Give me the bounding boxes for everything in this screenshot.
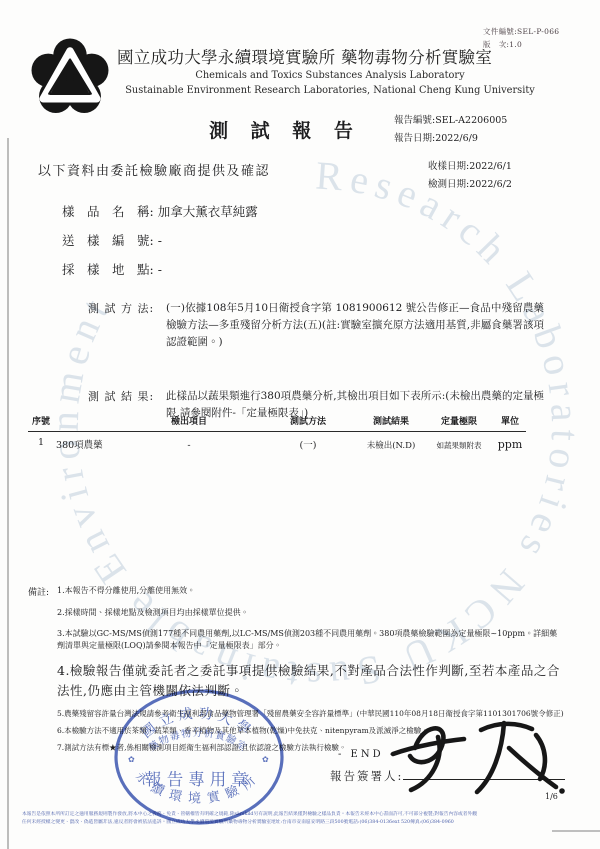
- sample-dates: 收樣日期:2022/6/1 檢測日期:2022/6/2: [428, 158, 512, 193]
- org-title-zh: 國立成功大學永續環境實驗所 藥物毒物分析實驗室: [117, 44, 577, 68]
- doc-number: 文件編號:SEL-P-066: [483, 26, 559, 39]
- th-loq: 定量極限: [424, 414, 494, 427]
- sample-name-value: 加拿大薰衣草純露: [158, 204, 258, 219]
- stamp-flower-right-icon: ✿: [262, 755, 269, 764]
- row-group: 380項農藥: [56, 437, 103, 451]
- report-date: 報告日期:2022/6/9: [394, 130, 507, 148]
- submission-no-row: 送 樣 編 號:-: [62, 231, 258, 249]
- org-subtitle-en-1: Chemicals and Toxics Substances Analysis…: [100, 70, 560, 81]
- table-row: 1 380項農藥 - (一) 未檢出(N.D) 如蔬果類附表 ppm: [28, 432, 526, 451]
- th-detected-item: 檢出項目: [120, 414, 258, 427]
- row-seq: 1: [38, 437, 44, 451]
- results-table: 序號 檢出項目 測試方法 測試結果 定量極限 單位 1 380項農藥 - (一)…: [28, 414, 526, 451]
- note-3: 3.本試驗以GC-MS/MS偵測177種不同農用藥劑,以LC-MS/MS偵測20…: [57, 628, 565, 651]
- row-result: 未檢出(N.D): [358, 439, 424, 451]
- th-method: 測試方法: [258, 414, 358, 427]
- th-seq: 序號: [28, 414, 120, 427]
- note-1: 1.本報告不得分離使用,分離使用無效。: [57, 585, 565, 597]
- test-method-block: 測 試 方 法: (一)依據108年5月10日衛授食字第 1081900612 …: [88, 300, 544, 351]
- sample-info: 樣 品 名 稱:加拿大薰衣草純露 送 樣 編 號:- 採 樣 地 點:-: [62, 202, 258, 289]
- th-result: 測試結果: [358, 414, 424, 427]
- note-2: 2.採樣時間、採樣地點及檢測項目均由採樣單位提供。: [57, 607, 565, 619]
- provided-note: 以下資料由委託檢驗廠商提供及確認: [38, 160, 270, 179]
- submission-no-label: 送 樣 編 號:: [62, 233, 154, 248]
- received-date: 收樣日期:2022/6/1: [428, 158, 512, 176]
- scan-edge-line: [7, 138, 9, 849]
- row-method: (一): [258, 437, 358, 451]
- stamp-flower-left-icon: ✿: [128, 755, 135, 764]
- report-stamp: 國立成功大學 藥物毒物分析實驗室 報告專用章 永續環境實驗所 ✿ ✿: [112, 686, 286, 828]
- test-report-page: Research Laboratories NCKU Sustainable E…: [0, 0, 600, 849]
- notes-label: 備註:: [28, 585, 49, 598]
- footer-line-2: 任何未經授權之變更、竄改、偽造皆屬非法,違反者將會被依法追訴。國立成功大學永續環…: [22, 812, 600, 831]
- row-loq: 如蔬果類附表: [424, 440, 494, 451]
- report-meta: 報告編號:SEL-A2206005 報告日期:2022/6/9: [394, 112, 507, 147]
- submission-no-value: -: [158, 233, 162, 248]
- test-method-label: 測 試 方 法:: [88, 300, 166, 351]
- row-detected-item: -: [120, 440, 258, 451]
- sample-name-row: 樣 品 名 稱:加拿大薰衣草純露: [62, 202, 258, 220]
- sampling-site-label: 採 樣 地 點:: [62, 262, 154, 277]
- sampling-site-row: 採 樣 地 點:-: [62, 260, 258, 278]
- sample-name-label: 樣 品 名 稱:: [62, 204, 154, 219]
- row-unit: ppm: [494, 438, 526, 451]
- sampling-site-value: -: [158, 262, 162, 277]
- results-table-header: 序號 檢出項目 測試方法 測試結果 定量極限 單位: [28, 414, 526, 432]
- org-subtitle-en-2: Sustainable Environment Research Laborat…: [100, 85, 560, 96]
- signature-handwriting: [385, 706, 570, 800]
- tested-date: 檢測日期:2022/6/2: [428, 176, 512, 194]
- report-number: 報告編號:SEL-A2206005: [394, 112, 507, 130]
- th-unit: 單位: [494, 414, 526, 427]
- test-method-text: (一)依據108年5月10日衛授食字第 1081900612 號公告修正—食品中…: [166, 300, 544, 351]
